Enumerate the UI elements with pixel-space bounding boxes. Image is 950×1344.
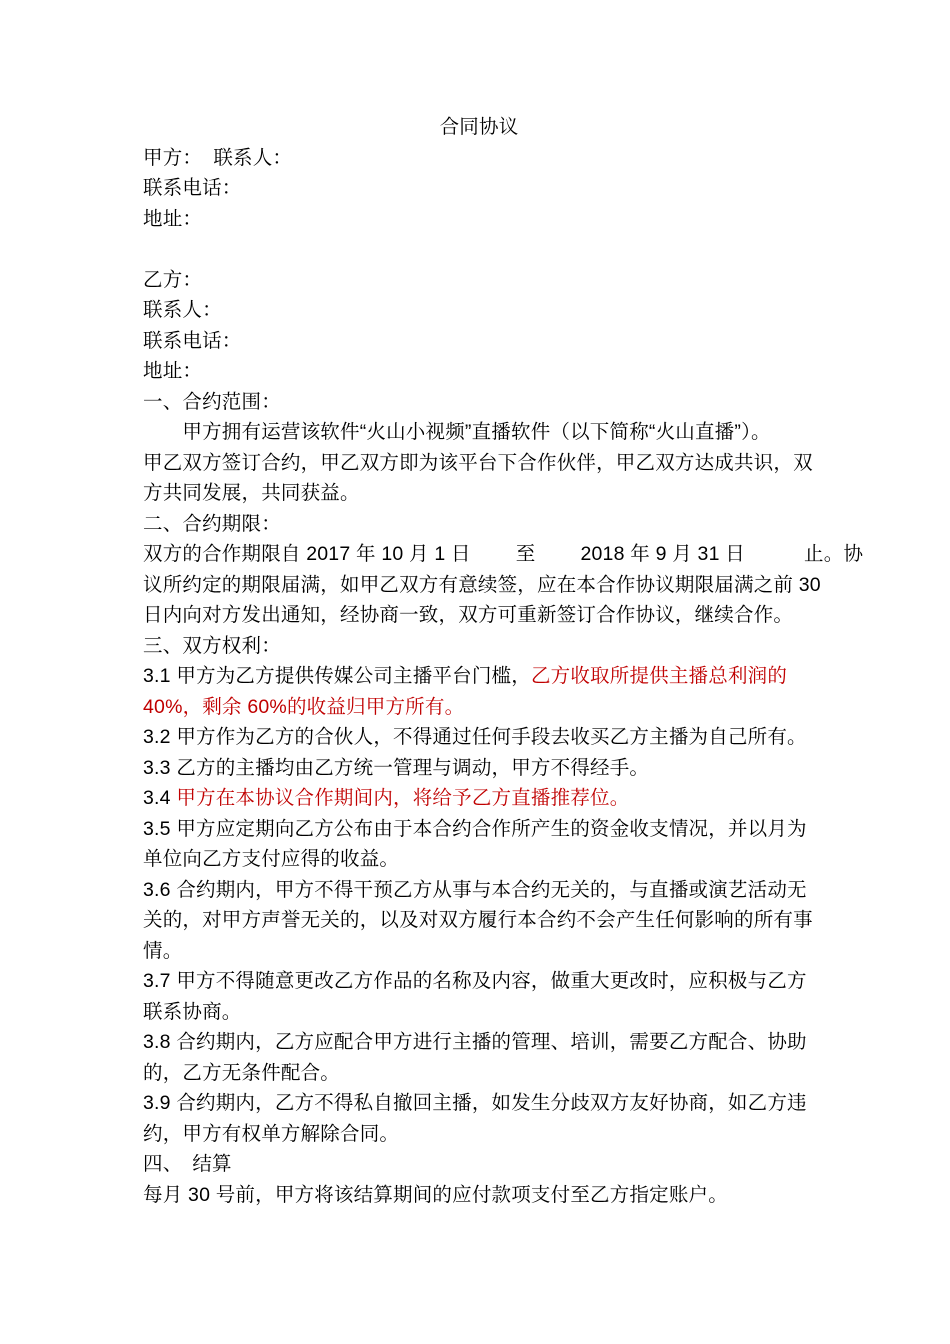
text-segment: 联系协商。 — [143, 1001, 242, 1023]
emphasis-text-segment: 甲方在本协议合作期间内，将给予乙方直播推荐位。 — [176, 787, 629, 809]
text-segment: 3.2 甲方作为乙方的合伙人，不得通过任何手段去收买乙方主播为自己所有。 — [143, 726, 807, 748]
text-line: 乙方： — [143, 265, 815, 296]
text-segment: 议所约定的期限届满，如甲乙双方有意续签，应在本合作协议期限届满之前 30 — [143, 574, 821, 596]
text-segment: 二、合约期限： — [143, 513, 281, 535]
text-line: 四、 结算 — [143, 1149, 815, 1180]
text-line: 联系人： — [143, 295, 815, 326]
contract-content: 合同协议 甲方： 联系人：联系电话：地址： 乙方：联系人：联系电话：地址：一、合… — [143, 112, 815, 1210]
text-line: 3.2 甲方作为乙方的合伙人，不得通过任何手段去收买乙方主播为自己所有。 — [143, 722, 815, 753]
text-segment: 3.1 甲方为乙方提供传媒公司主播平台门槛， — [143, 665, 531, 687]
text-segment: 关的，对甲方声誉无关的，以及对双方履行本合约不会产生任何影响的所有事 — [143, 909, 813, 931]
text-line: 一、合约范围： — [143, 387, 815, 418]
text-line: 的，乙方无条件配合。 — [143, 1058, 815, 1089]
text-segment: 地址： — [143, 208, 202, 230]
text-segment: 单位向乙方支付应得的收益。 — [143, 848, 399, 870]
text-segment: 的，乙方无条件配合。 — [143, 1062, 340, 1084]
text-segment: 3.9 合约期内，乙方不得私自撤回主播，如发生分歧双方友好协商，如乙方违 — [143, 1092, 807, 1114]
text-segment: 甲方： 联系人： — [143, 147, 292, 169]
text-line: 地址： — [143, 356, 815, 387]
text-segment: 联系人： — [143, 299, 222, 321]
text-segment: 乙方： — [143, 269, 202, 291]
text-segment: 每月 30 号前，甲方将该结算期间的应付款项支付至乙方指定账户。 — [143, 1184, 728, 1206]
text-line: 二、合约期限： — [143, 509, 815, 540]
text-line: 3.8 合约期内，乙方应配合甲方进行主播的管理、培训，需要乙方配合、协助 — [143, 1027, 815, 1058]
text-line: 日内向对方发出通知，经协商一致，双方可重新签订合作协议，继续合作。 — [143, 600, 815, 631]
text-line: 联系协商。 — [143, 997, 815, 1028]
text-segment: 联系电话： — [143, 330, 242, 352]
text-line: 情。 — [143, 936, 815, 967]
text-segment: 方共同发展，共同获益。 — [143, 482, 360, 504]
contract-body: 甲方： 联系人：联系电话：地址： 乙方：联系人：联系电话：地址：一、合约范围： … — [143, 143, 815, 1211]
text-segment: 3.5 甲方应定期向乙方公布由于本合约合作所产生的资金收支情况，并以月为 — [143, 818, 807, 840]
text-line: 三、双方权利： — [143, 631, 815, 662]
text-line: 联系电话： — [143, 173, 815, 204]
text-line: 甲方： 联系人： — [143, 143, 815, 174]
text-line: 3.7 甲方不得随意更改乙方作品的名称及内容，做重大更改时，应积极与乙方 — [143, 966, 815, 997]
text-segment: 3.4 — [143, 787, 176, 809]
text-line: 约，甲方有权单方解除合同。 — [143, 1119, 815, 1150]
text-segment: 3.8 合约期内，乙方应配合甲方进行主播的管理、培训，需要乙方配合、协助 — [143, 1031, 807, 1053]
text-segment: 一、合约范围： — [143, 391, 281, 413]
text-segment: 双方的合作期限自 2017 年 10 月 1 日 至 2018 年 9 月 31… — [143, 543, 863, 565]
text-segment: 联系电话： — [143, 177, 242, 199]
text-line: 甲乙双方签订合约，甲乙双方即为该平台下合作伙伴，甲乙双方达成共识，双 — [143, 448, 815, 479]
text-line: 3.9 合约期内，乙方不得私自撤回主播，如发生分歧双方友好协商，如乙方违 — [143, 1088, 815, 1119]
text-segment: 情。 — [143, 940, 182, 962]
text-line: 3.3 乙方的主播均由乙方统一管理与调动，甲方不得经手。 — [143, 753, 815, 784]
text-segment: 甲乙双方签订合约，甲乙双方即为该平台下合作伙伴，甲乙双方达成共识，双 — [143, 452, 813, 474]
emphasis-text-segment: 乙方收取所提供主播总利润的 — [531, 665, 787, 687]
text-line: 3.6 合约期内，甲方不得干预乙方从事与本合约无关的，与直播或演艺活动无 — [143, 875, 815, 906]
text-line: 方共同发展，共同获益。 — [143, 478, 815, 509]
text-segment: 三、双方权利： — [143, 635, 281, 657]
document-title: 合同协议 — [143, 112, 815, 143]
text-line: 3.5 甲方应定期向乙方公布由于本合约合作所产生的资金收支情况，并以月为 — [143, 814, 815, 845]
text-segment: 日内向对方发出通知，经协商一致，双方可重新签订合作协议，继续合作。 — [143, 604, 793, 626]
text-line: 联系电话： — [143, 326, 815, 357]
text-line: 3.1 甲方为乙方提供传媒公司主播平台门槛，乙方收取所提供主播总利润的 — [143, 661, 815, 692]
text-segment: 3.6 合约期内，甲方不得干预乙方从事与本合约无关的，与直播或演艺活动无 — [143, 879, 807, 901]
text-line: 3.4 甲方在本协议合作期间内，将给予乙方直播推荐位。 — [143, 783, 815, 814]
text-line: 关的，对甲方声誉无关的，以及对双方履行本合约不会产生任何影响的所有事 — [143, 905, 815, 936]
text-segment: 地址： — [143, 360, 202, 382]
text-line: 议所约定的期限届满，如甲乙双方有意续签，应在本合作协议期限届满之前 30 — [143, 570, 815, 601]
text-segment: 甲方拥有运营该软件“火山小视频”直播软件（以下简称“火山直播”）。 — [143, 421, 771, 443]
text-line: 每月 30 号前，甲方将该结算期间的应付款项支付至乙方指定账户。 — [143, 1180, 815, 1211]
text-segment: 约，甲方有权单方解除合同。 — [143, 1123, 399, 1145]
text-line: 甲方拥有运营该软件“火山小视频”直播软件（以下简称“火山直播”）。 — [143, 417, 815, 448]
contract-page: 合同协议 甲方： 联系人：联系电话：地址： 乙方：联系人：联系电话：地址：一、合… — [0, 0, 950, 1344]
text-line: 单位向乙方支付应得的收益。 — [143, 844, 815, 875]
text-line: 双方的合作期限自 2017 年 10 月 1 日 至 2018 年 9 月 31… — [143, 539, 815, 570]
text-line: 地址： — [143, 204, 815, 235]
text-line: 40%，剩余 60%的收益归甲方所有。 — [143, 692, 815, 723]
text-segment: 3.7 甲方不得随意更改乙方作品的名称及内容，做重大更改时，应积极与乙方 — [143, 970, 807, 992]
text-segment: 四、 结算 — [143, 1153, 232, 1175]
text-segment: 3.3 乙方的主播均由乙方统一管理与调动，甲方不得经手。 — [143, 757, 649, 779]
emphasis-text-segment: 40%，剩余 60%的收益归甲方所有。 — [143, 696, 464, 718]
blank-line — [143, 234, 815, 265]
